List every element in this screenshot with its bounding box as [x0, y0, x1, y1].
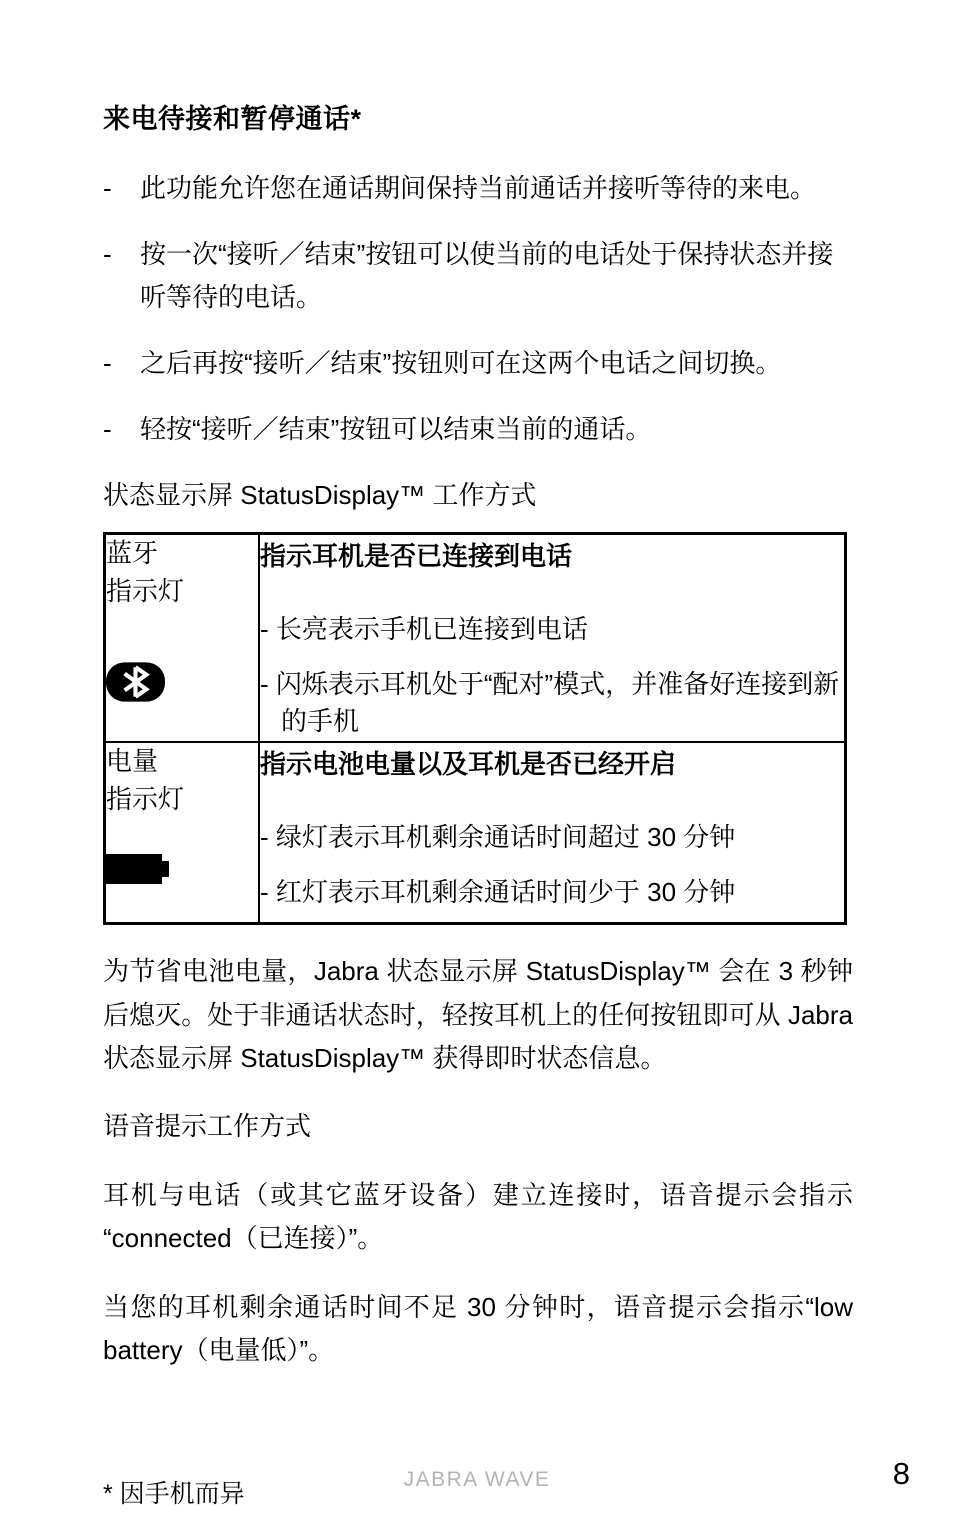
indicator-label-line: 蓝牙	[106, 535, 258, 573]
bullet-text: 轻按“接听／结束”按钮可以结束当前的通话。	[140, 408, 853, 451]
body-paragraph: 为节省电池电量，Jabra 状态显示屏 StatusDisplay™ 会在 3 …	[103, 950, 853, 1080]
statusdisplay-table: 蓝牙 指示灯 指示耳机是否已连接到电	[103, 532, 847, 925]
cell-header: 指示耳机是否已连接到电话	[260, 539, 844, 574]
indicator-label-line: 指示灯	[106, 781, 258, 819]
section-heading: 来电待接和暂停通话*	[103, 102, 853, 137]
bullet-item: - 按一次“接听／结束”按钮可以使当前的电话处于保持状态并接听等待的电话。	[103, 233, 853, 319]
cell-item: - 闪烁表示耳机处于“配对”模式，并准备好连接到新的手机	[260, 666, 844, 741]
bullet-marker: -	[103, 342, 140, 385]
battery-indicator-cell: 电量 指示灯	[105, 742, 260, 924]
manual-page: 来电待接和暂停通话* - 此功能允许您在通话期间保持当前通话并接听等待的来电。 …	[0, 0, 954, 1536]
indicator-label-line: 指示灯	[106, 573, 258, 611]
bullet-marker: -	[103, 233, 140, 319]
bluetooth-icon	[106, 662, 258, 713]
cell-header: 指示电池电量以及耳机是否已经开启	[260, 747, 844, 782]
body-paragraph: 耳机与电话（或其它蓝牙设备）建立连接时，语音提示会指示“connected（已连…	[103, 1174, 853, 1261]
table-row: 蓝牙 指示灯 指示耳机是否已连接到电	[105, 533, 846, 742]
bullet-text: 按一次“接听／结束”按钮可以使当前的电话处于保持状态并接听等待的电话。	[140, 233, 853, 319]
voice-prompt-caption: 语音提示工作方式	[103, 1105, 853, 1148]
cell-item: - 红灯表示耳机剩余通话时间少于 30 分钟	[260, 874, 844, 912]
bullet-item: - 此功能允许您在通话期间保持当前通话并接听等待的来电。	[103, 167, 853, 210]
battery-description-cell: 指示电池电量以及耳机是否已经开启 - 绿灯表示耳机剩余通话时间超过 30 分钟 …	[259, 742, 846, 924]
bullet-marker: -	[103, 167, 140, 210]
battery-icon	[106, 854, 258, 884]
page-content: 来电待接和暂停通话* - 此功能允许您在通话期间保持当前通话并接听等待的来电。 …	[103, 102, 853, 1372]
bullet-item: - 之后再按“接听／结束”按钮则可在这两个电话之间切换。	[103, 342, 853, 385]
bullet-marker: -	[103, 408, 140, 451]
statusdisplay-caption: 状态显示屏 StatusDisplay™ 工作方式	[103, 477, 853, 513]
cell-item: - 绿灯表示耳机剩余通话时间超过 30 分钟	[260, 819, 844, 857]
bullet-text: 此功能允许您在通话期间保持当前通话并接听等待的来电。	[140, 167, 853, 210]
indicator-label-line: 电量	[106, 743, 258, 781]
bluetooth-description-cell: 指示耳机是否已连接到电话 - 长亮表示手机已连接到电话 - 闪烁表示耳机处于“配…	[259, 533, 846, 742]
product-name-footer: JABRA WAVE	[0, 1468, 954, 1492]
table-row: 电量 指示灯 指示电池电量以及耳机是否已经开启 - 绿灯表示耳机剩余通话时间超过…	[105, 742, 846, 924]
bullet-text: 之后再按“接听／结束”按钮则可在这两个电话之间切换。	[140, 342, 853, 385]
page-number: 8	[893, 1456, 910, 1492]
body-paragraph: 当您的耳机剩余通话时间不足 30 分钟时，语音提示会指示“low battery…	[103, 1286, 853, 1373]
bullet-item: - 轻按“接听／结束”按钮可以结束当前的通话。	[103, 408, 853, 451]
bluetooth-indicator-cell: 蓝牙 指示灯	[105, 533, 260, 742]
cell-item: - 长亮表示手机已连接到电话	[260, 611, 844, 649]
